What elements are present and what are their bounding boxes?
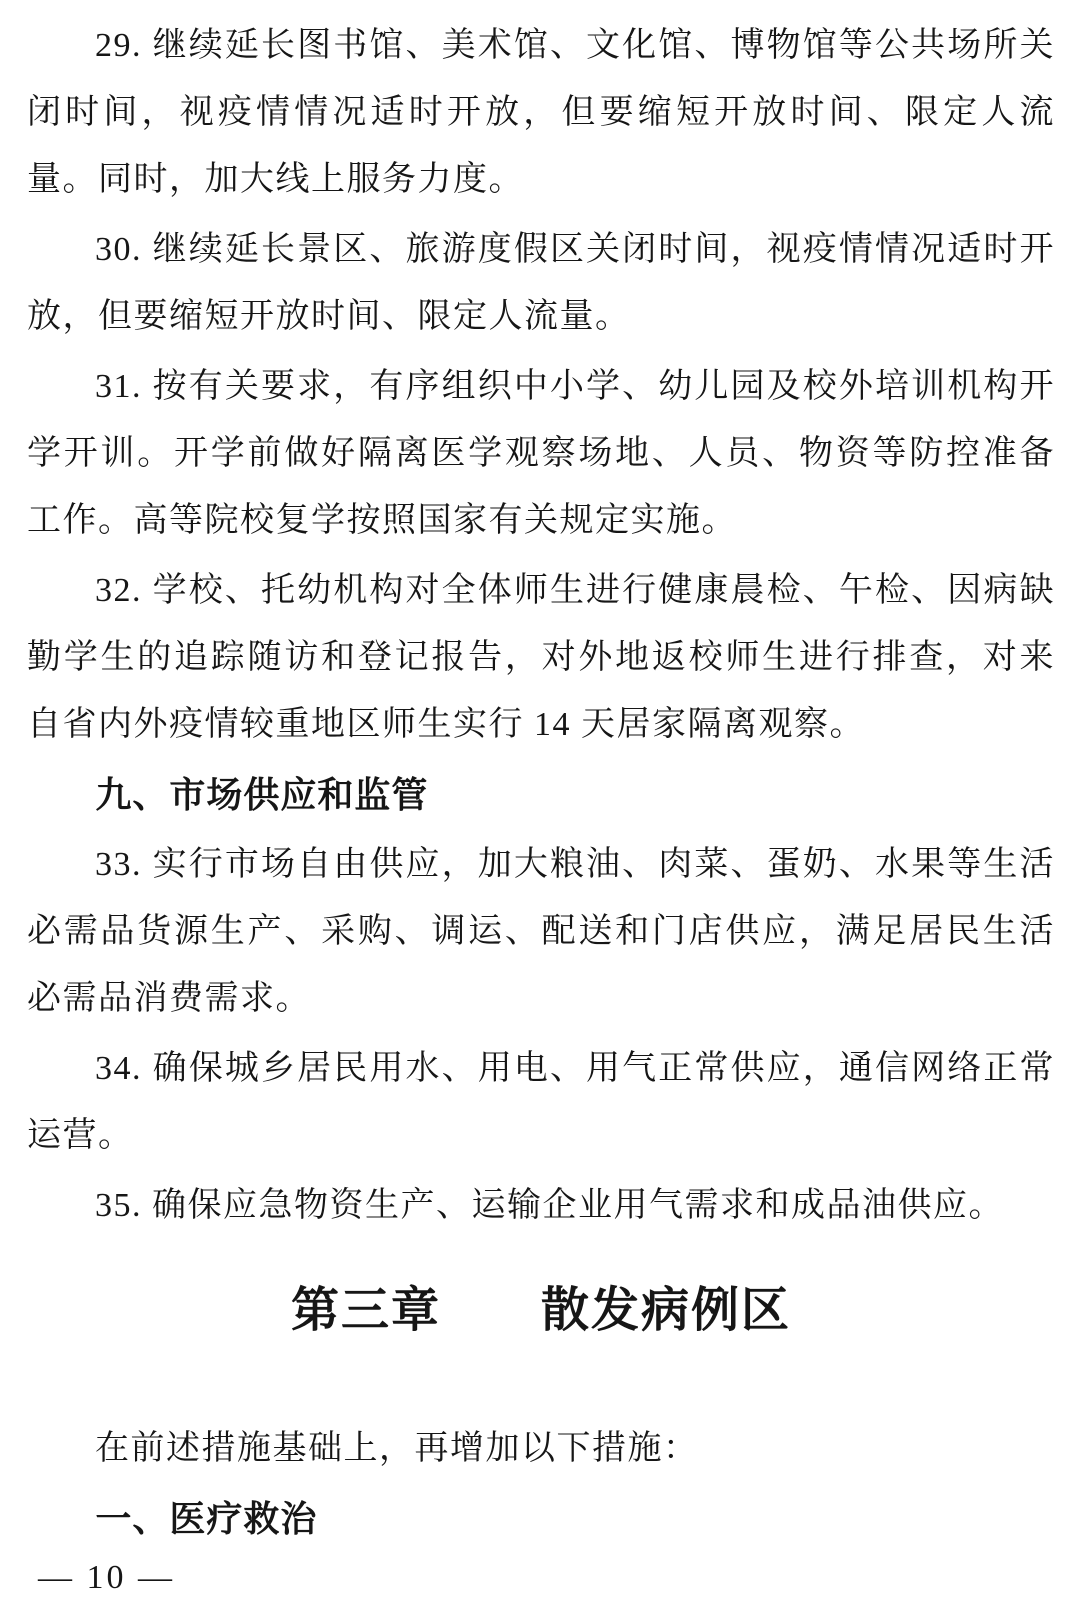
paragraph-32: 32. 学校、托幼机构对全体师生进行健康晨检、午检、因病缺勤学生的追踪随访和登记… <box>27 557 1055 758</box>
chapter-heading: 第三章 散发病例区 <box>27 1281 1055 1341</box>
paragraph-intro: 在前述措施基础上，再增加以下措施： <box>27 1415 1055 1482</box>
paragraph-35: 35. 确保应急物资生产、运输企业用气需求和成品油供应。 <box>27 1172 1055 1239</box>
paragraph-31: 31. 按有关要求，有序组织中小学、幼儿园及校外培训机构开学开训。开学前做好隔离… <box>27 353 1055 554</box>
paragraph-30: 30. 继续延长景区、旅游度假区关闭时间，视疫情情况适时开放，但要缩短开放时间、… <box>27 216 1055 350</box>
page-number: — 10 — <box>38 1559 175 1597</box>
section-heading-market-supply: 九、市场供应和监管 <box>27 761 1055 828</box>
paragraph-29: 29. 继续延长图书馆、美术馆、文化馆、博物馆等公共场所关闭时间，视疫情情况适时… <box>27 12 1055 213</box>
paragraph-33: 33. 实行市场自由供应，加大粮油、肉菜、蛋奶、水果等生活必需品货源生产、采购、… <box>27 831 1055 1032</box>
section-heading-medical-treatment: 一、医疗救治 <box>27 1485 1055 1552</box>
document-page: 29. 继续延长图书馆、美术馆、文化馆、博物馆等公共场所关闭时间，视疫情情况适时… <box>0 0 1080 1617</box>
paragraph-34: 34. 确保城乡居民用水、用电、用气正常供应，通信网络正常运营。 <box>27 1035 1055 1169</box>
